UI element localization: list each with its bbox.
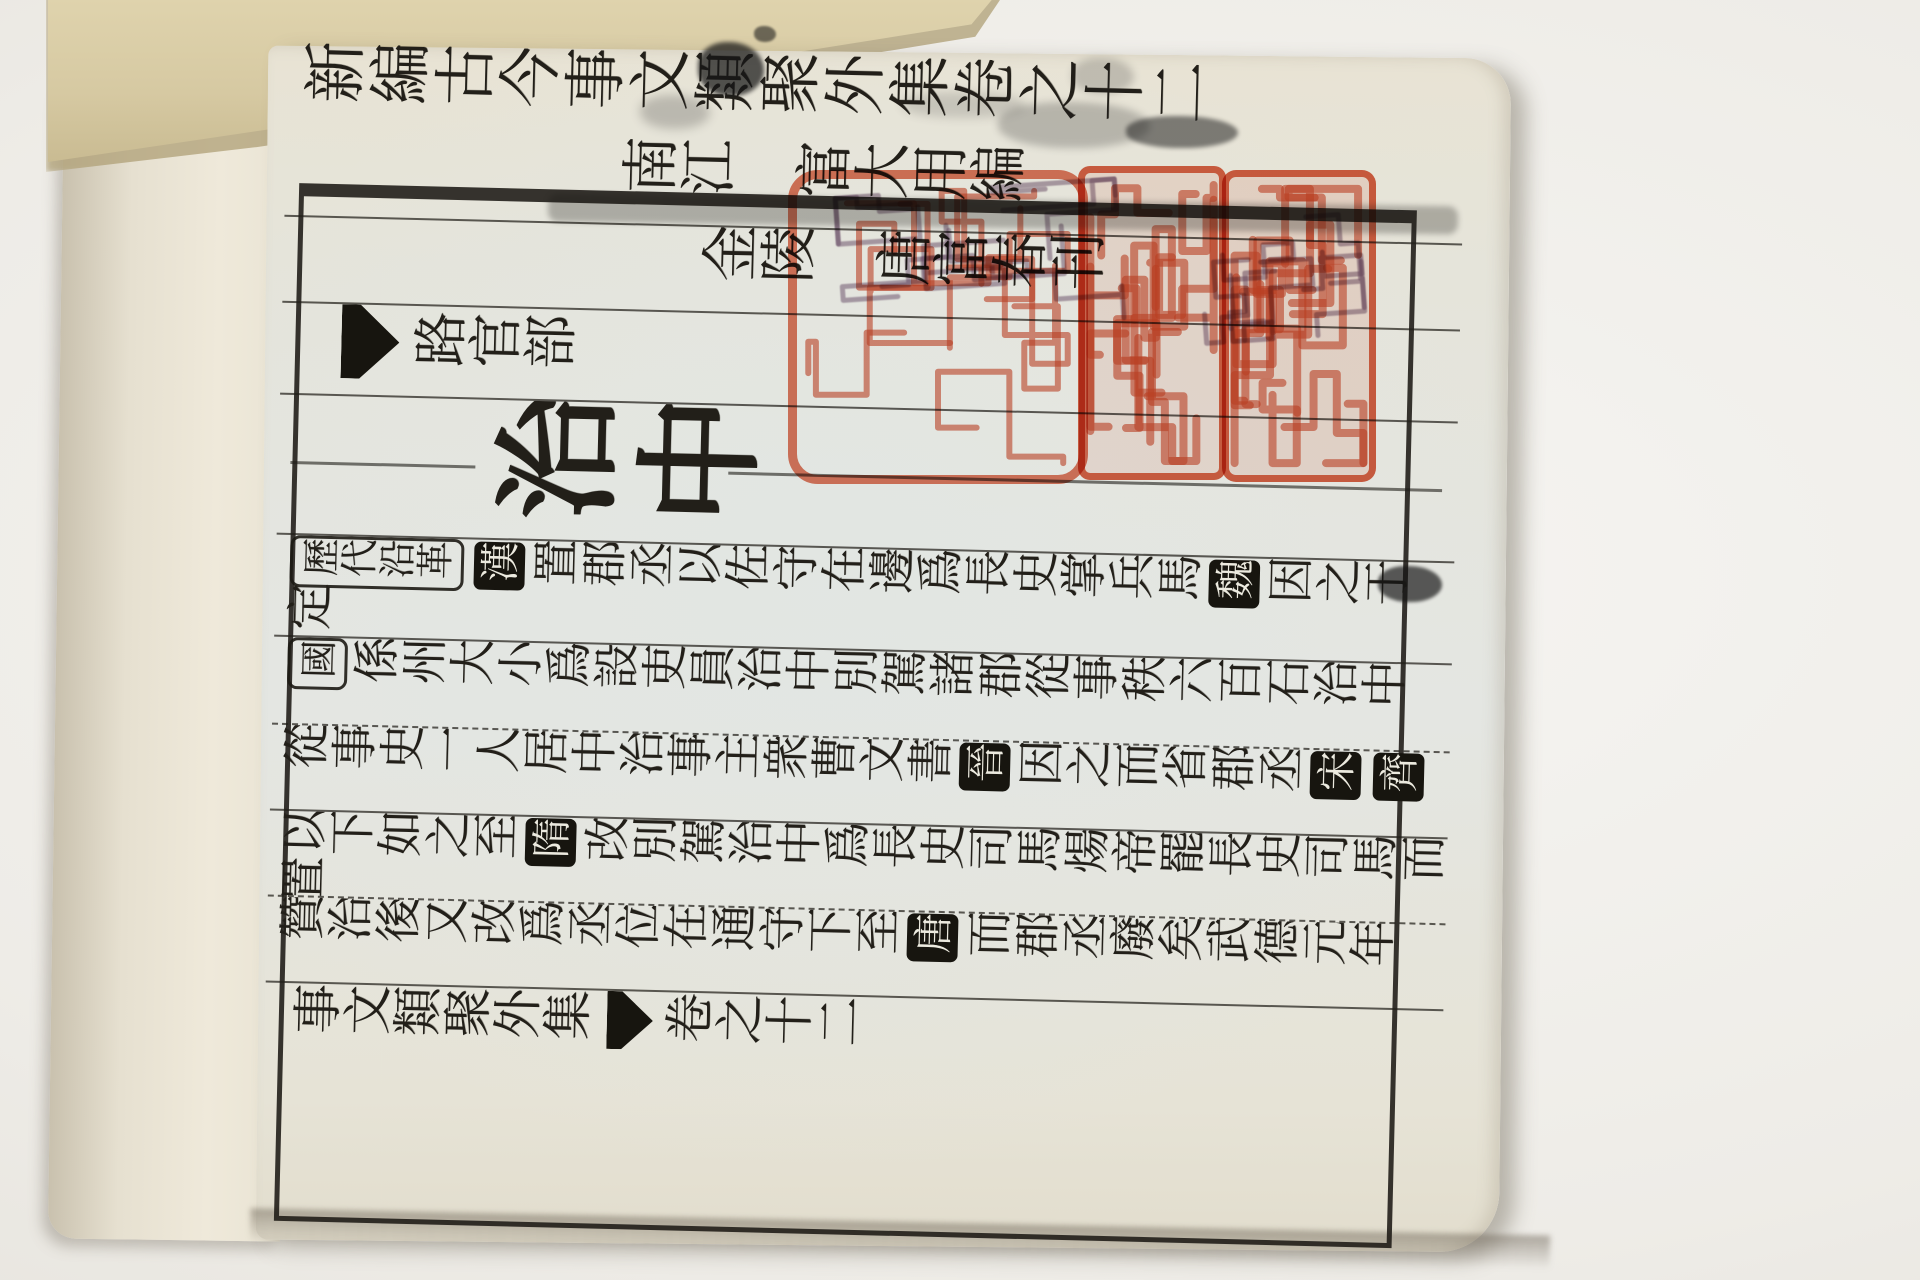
ink-smudge <box>754 26 776 42</box>
photo-of-book: 新編古今事文類聚外集卷之十二 南江富大用編 金陵唐富春刊 路官部 治中 歷代沿革… <box>0 0 1920 1280</box>
dynasty-cartouche: 齊 <box>1372 753 1424 802</box>
ink-smudge <box>1126 116 1238 148</box>
purple-overstamp-seal <box>1182 167 1374 351</box>
fishtail-mark-icon <box>340 304 400 379</box>
ink-smudge <box>1072 58 1134 94</box>
label-cartouche: 歷代沿革 <box>289 535 464 591</box>
column-rule-segment <box>290 461 475 469</box>
dynasty-cartouche: 唐 <box>906 913 958 962</box>
section-header-text: 路官部 <box>411 311 578 379</box>
footer-book-title: 事文類聚外集 <box>290 983 591 1048</box>
label-cartouche: 國 <box>287 637 348 690</box>
dynasty-cartouche: 晉 <box>959 742 1011 791</box>
ink-smudge <box>1378 566 1442 602</box>
ink-smudge <box>698 42 764 96</box>
dynasty-cartouche: 漢 <box>473 541 525 590</box>
seal-script-squiggles <box>1182 167 1374 351</box>
ink-smudge <box>640 95 710 129</box>
fishtail-mark-icon <box>606 991 653 1050</box>
dynasty-cartouche: 宋 <box>1310 751 1362 800</box>
dynasty-cartouche: 隋 <box>525 818 577 867</box>
dynasty-cartouche: 魏 <box>1208 559 1260 608</box>
footer-volume-number: 卷之十二 <box>662 992 863 1055</box>
